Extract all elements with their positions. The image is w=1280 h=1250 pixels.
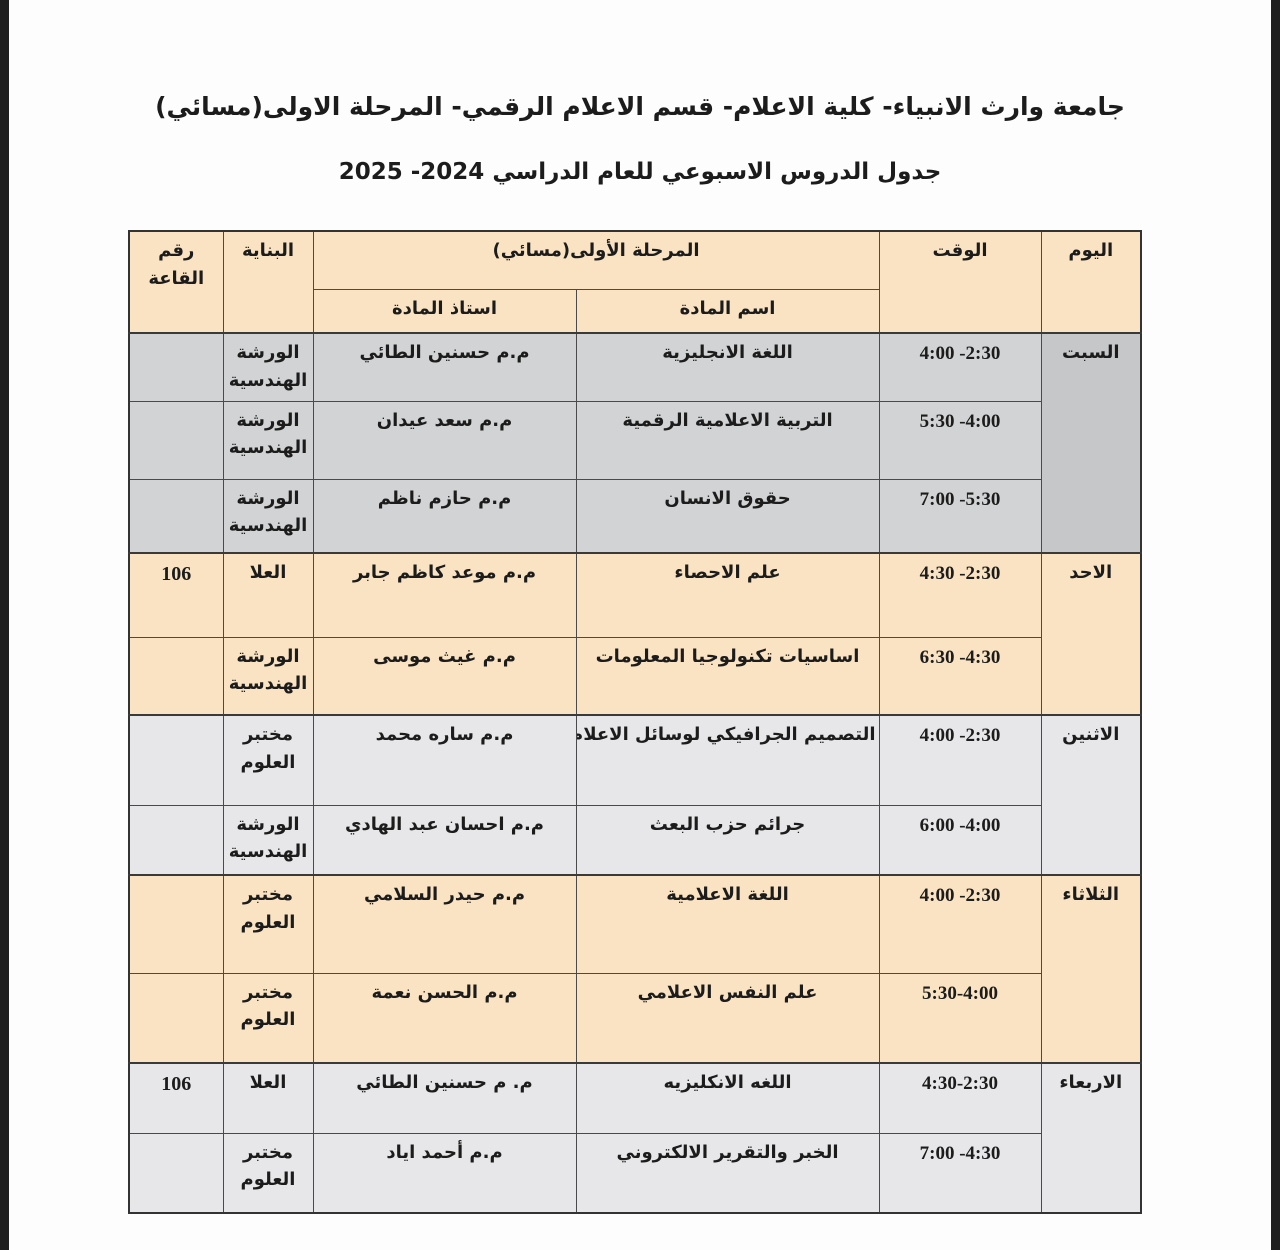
time-cell: 7:00 -5:30 xyxy=(879,479,1041,553)
header-day: اليوم xyxy=(1041,231,1141,333)
time-cell: 5:30-4:00 xyxy=(879,973,1041,1063)
room-cell xyxy=(129,401,223,479)
day-cell: السبت xyxy=(1041,333,1141,553)
building-cell: العلا xyxy=(223,553,313,637)
professor-cell: م.م أحمد اياد xyxy=(313,1133,576,1213)
time-cell: 4:00 -2:30 xyxy=(879,333,1041,401)
subject-cell: اساسيات تكنولوجيا المعلومات xyxy=(576,637,879,715)
day-cell: الاربعاء xyxy=(1041,1063,1141,1213)
day-cell: الاحد xyxy=(1041,553,1141,715)
professor-cell: م.م سعد عيدان xyxy=(313,401,576,479)
room-cell xyxy=(129,333,223,401)
professor-cell: م.م احسان عبد الهادي xyxy=(313,805,576,875)
professor-cell: م.م غيث موسى xyxy=(313,637,576,715)
subject-cell: علم الاحصاء xyxy=(576,553,879,637)
time-cell-text: 4:30-2:30 xyxy=(922,1073,998,1094)
header-subject: اسم المادة xyxy=(576,289,879,333)
schedule-row: 6:00 -4:00جرائم حزب البعثم.م احسان عبد ا… xyxy=(129,805,1141,875)
header-stage: المرحلة الأولى(مسائي) xyxy=(313,231,879,289)
time-cell: 4:00 -2:30 xyxy=(879,715,1041,805)
professor-cell: م.م الحسن نعمة xyxy=(313,973,576,1063)
time-cell: 4:30-2:30 xyxy=(879,1063,1041,1133)
subject-cell: التربية الاعلامية الرقمية xyxy=(576,401,879,479)
subject-cell: التصميم الجرافيكي لوسائل الاعلام الرقمية xyxy=(576,715,879,805)
time-cell: 7:00 -4:30 xyxy=(879,1133,1041,1213)
schedule-row: السبت4:00 -2:30اللغة الانجليزيةم.م حسنين… xyxy=(129,333,1141,401)
building-cell: مختبر العلوم xyxy=(223,715,313,805)
time-cell-text: 6:00 -4:00 xyxy=(920,815,1001,836)
room-cell xyxy=(129,637,223,715)
room-cell-text: 106 xyxy=(161,563,191,585)
professor-cell: م.م حازم ناظم xyxy=(313,479,576,553)
header-room: رقم القاعة xyxy=(129,231,223,333)
subject-cell: الخبر والتقرير الالكتروني xyxy=(576,1133,879,1213)
building-cell: مختبر العلوم xyxy=(223,875,313,973)
building-cell: مختبر العلوم xyxy=(223,973,313,1063)
room-cell xyxy=(129,479,223,553)
building-cell: الورشة الهندسية xyxy=(223,401,313,479)
subject-cell: اللغة الانجليزية xyxy=(576,333,879,401)
day-cell: الاثنين xyxy=(1041,715,1141,875)
professor-cell: م.م موعد كاظم جابر xyxy=(313,553,576,637)
building-cell: الورشة الهندسية xyxy=(223,805,313,875)
table-header: اليوم الوقت المرحلة الأولى(مسائي) البناي… xyxy=(129,231,1141,333)
document-titles: جامعة وارث الانبياء- كلية الاعلام- قسم ا… xyxy=(60,92,1220,185)
schedule-row: 7:00 -4:30الخبر والتقرير الالكترونيم.م أ… xyxy=(129,1133,1141,1213)
building-cell: العلا xyxy=(223,1063,313,1133)
building-cell: الورشة الهندسية xyxy=(223,479,313,553)
building-cell: الورشة الهندسية xyxy=(223,333,313,401)
time-cell-text: 4:00 -2:30 xyxy=(920,343,1001,364)
schedule-row: 7:00 -5:30حقوق الانسانم.م حازم ناظمالورش… xyxy=(129,479,1141,553)
time-cell-text: 5:30 -4:00 xyxy=(920,411,1001,432)
time-cell: 4:30 -2:30 xyxy=(879,553,1041,637)
room-cell xyxy=(129,1133,223,1213)
schedule-row: 5:30 -4:00التربية الاعلامية الرقميةم.م س… xyxy=(129,401,1141,479)
time-cell-text: 6:30 -4:30 xyxy=(920,647,1001,668)
subject-cell: جرائم حزب البعث xyxy=(576,805,879,875)
time-cell: 6:30 -4:30 xyxy=(879,637,1041,715)
scan-edge-left xyxy=(0,0,9,1250)
time-cell: 6:00 -4:00 xyxy=(879,805,1041,875)
schedule-row: الاثنين4:00 -2:30التصميم الجرافيكي لوسائ… xyxy=(129,715,1141,805)
room-cell xyxy=(129,875,223,973)
schedule-row: الاحد4:30 -2:30علم الاحصاءم.م موعد كاظم … xyxy=(129,553,1141,637)
time-cell-text: 7:00 -5:30 xyxy=(920,489,1001,510)
room-cell xyxy=(129,973,223,1063)
time-cell-text: 4:30 -2:30 xyxy=(920,563,1001,584)
weekly-schedule-table: اليوم الوقت المرحلة الأولى(مسائي) البناي… xyxy=(128,230,1142,1214)
table-body: السبت4:00 -2:30اللغة الانجليزيةم.م حسنين… xyxy=(129,333,1141,1213)
subject-cell: حقوق الانسان xyxy=(576,479,879,553)
header-time: الوقت xyxy=(879,231,1041,333)
room-cell xyxy=(129,805,223,875)
room-cell: 106 xyxy=(129,1063,223,1133)
schedule-row: 5:30-4:00علم النفس الاعلاميم.م الحسن نعم… xyxy=(129,973,1141,1063)
time-cell-text: 4:00 -2:30 xyxy=(920,885,1001,906)
scan-edge-right xyxy=(1271,0,1280,1250)
document-subtitle: جدول الدروس الاسبوعي للعام الدراسي 2024-… xyxy=(60,159,1220,185)
document-title: جامعة وارث الانبياء- كلية الاعلام- قسم ا… xyxy=(60,92,1220,121)
schedule-row: 6:30 -4:30اساسيات تكنولوجيا المعلوماتم.م… xyxy=(129,637,1141,715)
schedule-row: الثلاثاء4:00 -2:30اللغة الاعلاميةم.م حيد… xyxy=(129,875,1141,973)
day-cell: الثلاثاء xyxy=(1041,875,1141,1063)
header-building: البناية xyxy=(223,231,313,333)
time-cell-text: 4:00 -2:30 xyxy=(920,725,1001,746)
schedule-row: الاربعاء4:30-2:30اللغه الانكليزيهم. م حس… xyxy=(129,1063,1141,1133)
header-professor: استاذ المادة xyxy=(313,289,576,333)
building-cell: الورشة الهندسية xyxy=(223,637,313,715)
room-cell-text: 106 xyxy=(161,1073,191,1095)
time-cell: 5:30 -4:00 xyxy=(879,401,1041,479)
building-cell: مختبر العلوم xyxy=(223,1133,313,1213)
time-cell-text: 7:00 -4:30 xyxy=(920,1143,1001,1164)
time-cell: 4:00 -2:30 xyxy=(879,875,1041,973)
room-cell xyxy=(129,715,223,805)
subject-cell: اللغه الانكليزيه xyxy=(576,1063,879,1133)
professor-cell: م.م حسنين الطائي xyxy=(313,333,576,401)
subject-cell: اللغة الاعلامية xyxy=(576,875,879,973)
professor-cell: م. م حسنين الطائي xyxy=(313,1063,576,1133)
professor-cell: م.م حيدر السلامي xyxy=(313,875,576,973)
subject-cell: علم النفس الاعلامي xyxy=(576,973,879,1063)
room-cell: 106 xyxy=(129,553,223,637)
time-cell-text: 5:30-4:00 xyxy=(922,983,998,1004)
professor-cell: م.م ساره محمد xyxy=(313,715,576,805)
